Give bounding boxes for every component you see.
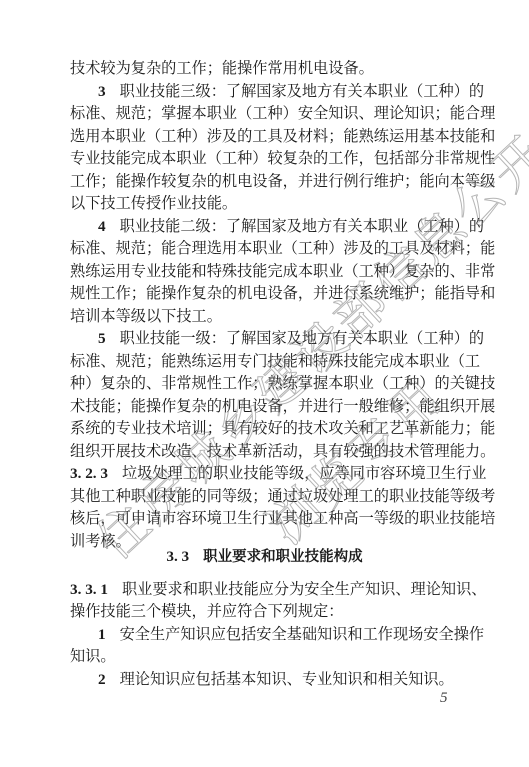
section-number: 3. 3 <box>166 548 189 565</box>
text-line: 组织开展技术改造、技术革新活动，具有较强的技术管理能力。 <box>70 440 462 462</box>
text-line: 技术较为复杂的工作；能操作常用机电设备。 <box>70 57 462 79</box>
clause-number: 3. 2. 3 <box>70 465 108 482</box>
text-line: 培训本等级以下技工。 <box>70 305 462 327</box>
text-line: 知识。 <box>70 645 462 667</box>
text-line: 标准、规范；能熟练运用专门技能和特殊技能完成本职业（工 <box>70 350 462 372</box>
section-title: 职业要求和职业技能构成 <box>203 549 363 565</box>
text-line: 标准、规范；掌握本职业（工种）安全知识、理论知识；能合理 <box>70 102 462 124</box>
text-line: 工作；能操作较复杂的机电设备，并进行例行维护；能向本等级 <box>70 170 462 192</box>
text-line: 其他工种职业技能的同等级；通过垃圾处理工的职业技能等级考 <box>70 485 462 507</box>
document-page: 技术较为复杂的工作；能操作常用机电设备。 3职业技能三级：了解国家及地方有关本职… <box>0 0 529 767</box>
list-item-level-2: 4职业技能二级：了解国家及地方有关本职业（工种）的 <box>98 215 462 237</box>
text-line: 种）复杂的、非常规性工作；熟练掌握本职业（工种）的关键技 <box>70 372 462 394</box>
text-line: 熟练运用专业技能和特殊技能完成本职业（工种）复杂的、非常 <box>70 260 462 282</box>
list-number: 3 <box>98 83 106 100</box>
list-item-level-1: 5职业技能一级：了解国家及地方有关本职业（工种）的 <box>98 327 462 349</box>
text-line: 选用本职业（工种）涉及的工具及材料；能熟练运用基本技能和 <box>70 125 462 147</box>
text-line: 操作技能三个模块，并应符合下列规定： <box>70 600 462 622</box>
clause-3-3-1: 3. 3. 1职业要求和职业技能应分为安全生产知识、理论知识、 <box>70 578 462 600</box>
list-item-2: 2理论知识应包括基本知识、专业知识和相关知识。 <box>98 668 462 690</box>
list-item-level-3: 3职业技能三级：了解国家及地方有关本职业（工种）的 <box>98 80 462 102</box>
text-line: 系统的专业技术培训；具有较好的技术攻关和工艺革新能力；能 <box>70 417 462 439</box>
clause-number: 3. 3. 1 <box>70 581 108 598</box>
list-number: 2 <box>98 671 106 688</box>
text-line: 以下技工传授作业技能。 <box>70 192 462 214</box>
text-line: 标准、规范；能合理选用本职业（工种）涉及的工具及材料；能 <box>70 237 462 259</box>
list-number: 4 <box>98 218 106 235</box>
clause-3-2-3: 3. 2. 3垃圾处理工的职业技能等级，应等同市容环境卫生行业 <box>70 462 462 484</box>
list-number: 5 <box>98 330 106 347</box>
page-number: 5 <box>440 690 448 707</box>
text-line: 规性工作；能操作复杂的机电设备，并进行系统维护；能指导和 <box>70 282 462 304</box>
text-line: 术技能；能操作复杂的机电设备，并进行一般维修；能组织开展 <box>70 395 462 417</box>
section-heading: 3. 3职业要求和职业技能构成 <box>0 545 529 568</box>
list-item-1: 1安全生产知识应包括安全基础知识和工作现场安全操作 <box>98 623 462 645</box>
list-number: 1 <box>98 626 106 643</box>
text-line: 核后，可申请市容环境卫生行业其他工种高一等级的职业技能培 <box>70 507 462 529</box>
text-line: 专业技能完成本职业（工种）较复杂的工作，包括部分非常规性 <box>70 147 462 169</box>
